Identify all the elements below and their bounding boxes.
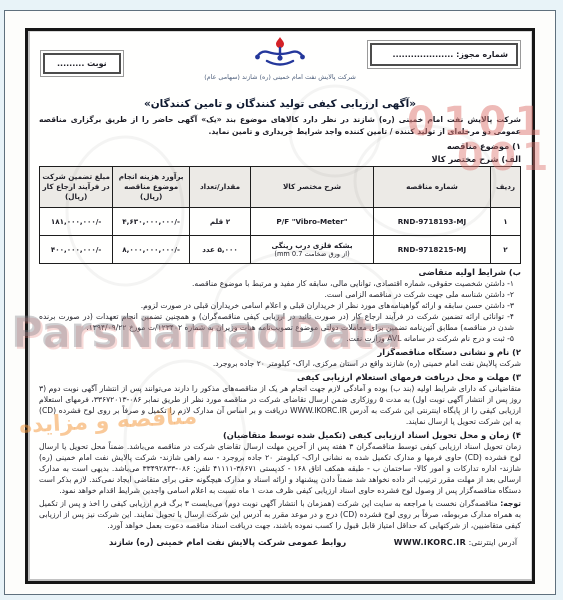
turn-box: نوبت ......... — [43, 53, 121, 74]
cell-tender-no: RND-9718193-MJ — [374, 208, 491, 236]
section-b-heading: ب) شرایط اولیه متقاضی — [39, 267, 521, 277]
section-1-heading: ۱) موضوع مناقصه — [39, 141, 521, 151]
logo-caption: شرکت پالایش نفت امام خمینی (ره) شازند (س… — [165, 73, 395, 81]
col-header-estimate: برآورد هزینه انجام موضوع مناقصه (ریال) — [113, 167, 190, 208]
header: شماره مجوز: .................... شرک — [39, 38, 521, 95]
table-header-row: ردیف شماره مناقصه شرح مختصر کالا مقدار/ت… — [40, 167, 521, 208]
tender-table: ردیف شماره مناقصه شرح مختصر کالا مقدار/ت… — [39, 166, 521, 264]
announcement-content: شماره مجوز: .................... شرک — [28, 31, 532, 581]
condition-item: ۱- داشتن شخصیت حقوقی، شماره اقتصادی، توا… — [39, 278, 521, 289]
section-3-body: متقاضیانی که دارای شرایط اولیه (بند ب) ب… — [39, 383, 521, 427]
section-4-body: زمان تحویل اسناد ارزیابی کیفی توسط مناقص… — [39, 441, 521, 496]
website-url: WWW.IKORC.IR — [394, 538, 466, 547]
employer-address: شرکت پالایش نفت امام خمینی (ره) شازند وا… — [39, 358, 521, 369]
cell-estimate: ۸,۰۰۰,۰۰۰,۰۰۰/- — [113, 236, 190, 264]
announcement-box: شماره مجوز: .................... شرک — [25, 28, 535, 584]
cell-description: P/F "Vibro-Meter" — [251, 208, 374, 236]
section-a-subheading: الف) شرح مختصر کالا — [39, 154, 521, 164]
condition-item: ۲- داشتن شناسه ملی جهت شرکت در مناقصه ال… — [39, 289, 521, 300]
note-label: توجه: — [500, 499, 521, 508]
item-description-detail: (از ورق ضخامت 0.7 mm) — [253, 250, 371, 258]
cell-estimate: ۴,۶۳۰,۰۰۰,۰۰۰/- — [113, 208, 190, 236]
website-label: آدرس اینترنتی: — [469, 538, 517, 547]
cell-quantity: ۵,۰۰۰ عدد — [190, 236, 251, 264]
note-paragraph: توجه: مناقصه‌گران نخست با مراجعه به سایت… — [39, 498, 521, 531]
table-row: ۱ RND-9718193-MJ P/F "Vibro-Meter" ۲ قلم… — [40, 208, 521, 236]
condition-item: ۳- داشتن حسن سابقه و ارائه گواهینامه‌های… — [39, 300, 521, 311]
page-title: «آگهی ارزیابی کیفی تولید کنندگان و تامین… — [39, 98, 521, 110]
tender-number: RND-9718215-MJ — [398, 245, 466, 254]
cell-quantity: ۲ قلم — [190, 208, 251, 236]
col-header-guarantee: مبلغ تضمین شرکت در فرآیند ارجاع کار (ریا… — [40, 167, 113, 208]
cell-row-no: ۱ — [491, 208, 521, 236]
condition-item: ۵- ثبت و درج نام شرکت در سامانه AVL وزار… — [39, 333, 521, 344]
oil-company-logo-icon — [253, 36, 307, 68]
footer: آدرس اینترنتی: WWW.IKORC.IR روابط عمومی … — [39, 537, 521, 547]
item-description: بشکه فلزی درب رینگی — [253, 241, 371, 250]
guarantee-amount: ۴۰۰,۰۰۰,۰۰۰/- — [51, 245, 102, 254]
table-row: ۲ RND-9718215-MJ بشکه فلزی درب رینگی (از… — [40, 236, 521, 264]
col-header-description: شرح مختصر کالا — [251, 167, 374, 208]
condition-item: ۴- توانائی ارائه تضمین شرکت در فرآیند ار… — [39, 311, 521, 333]
note-body: مناقصه‌گران نخست با مراجعه به سایت این ش… — [39, 499, 521, 530]
item-description: P/F "Vibro-Meter" — [276, 217, 347, 226]
estimate-amount: ۸,۰۰۰,۰۰۰,۰۰۰/- — [122, 245, 180, 254]
cell-guarantee: ۱۸۱,۰۰۰,۰۰۰/- — [40, 208, 113, 236]
section-2-heading: ۲) نام و نشانی دستگاه مناقصه‌گزار — [39, 347, 521, 357]
tender-number: RND-9718193-MJ — [398, 217, 466, 226]
estimate-amount: ۴,۶۳۰,۰۰۰,۰۰۰/- — [122, 217, 180, 226]
screenshot-root: { "header": { "permit_label": "شماره مجو… — [0, 0, 563, 600]
cell-tender-no: RND-9718215-MJ — [374, 236, 491, 264]
logo-block: شرکت پالایش نفت امام خمینی (ره) شازند (س… — [165, 36, 395, 81]
guarantee-amount: ۱۸۱,۰۰۰,۰۰۰/- — [51, 217, 102, 226]
cell-description: بشکه فلزی درب رینگی (از ورق ضخامت 0.7 mm… — [251, 236, 374, 264]
col-header-row-no: ردیف — [491, 167, 521, 208]
document-page: 0101 001 ParsNamadData مناقصه و مزایده ش… — [4, 10, 556, 595]
section-4-heading: ۴) زمان و محل تحویل اسناد ارزیابی کیفی (… — [39, 430, 521, 440]
intro-paragraph: شرکت پالایش نفت امام خمینی (ره) شازند در… — [39, 114, 521, 138]
col-header-tender-no: شماره مناقصه — [374, 167, 491, 208]
signature: روابط عمومی شرکت پالایش نفت امام خمینی (… — [109, 537, 346, 547]
col-header-quantity: مقدار/تعداد — [190, 167, 251, 208]
cell-row-no: ۲ — [491, 236, 521, 264]
section-3-heading: ۳) مهلت و محل دریافت فرمهای استعلام ارزی… — [39, 372, 521, 382]
cell-guarantee: ۴۰۰,۰۰۰,۰۰۰/- — [40, 236, 113, 264]
website-line: آدرس اینترنتی: WWW.IKORC.IR — [394, 538, 517, 547]
